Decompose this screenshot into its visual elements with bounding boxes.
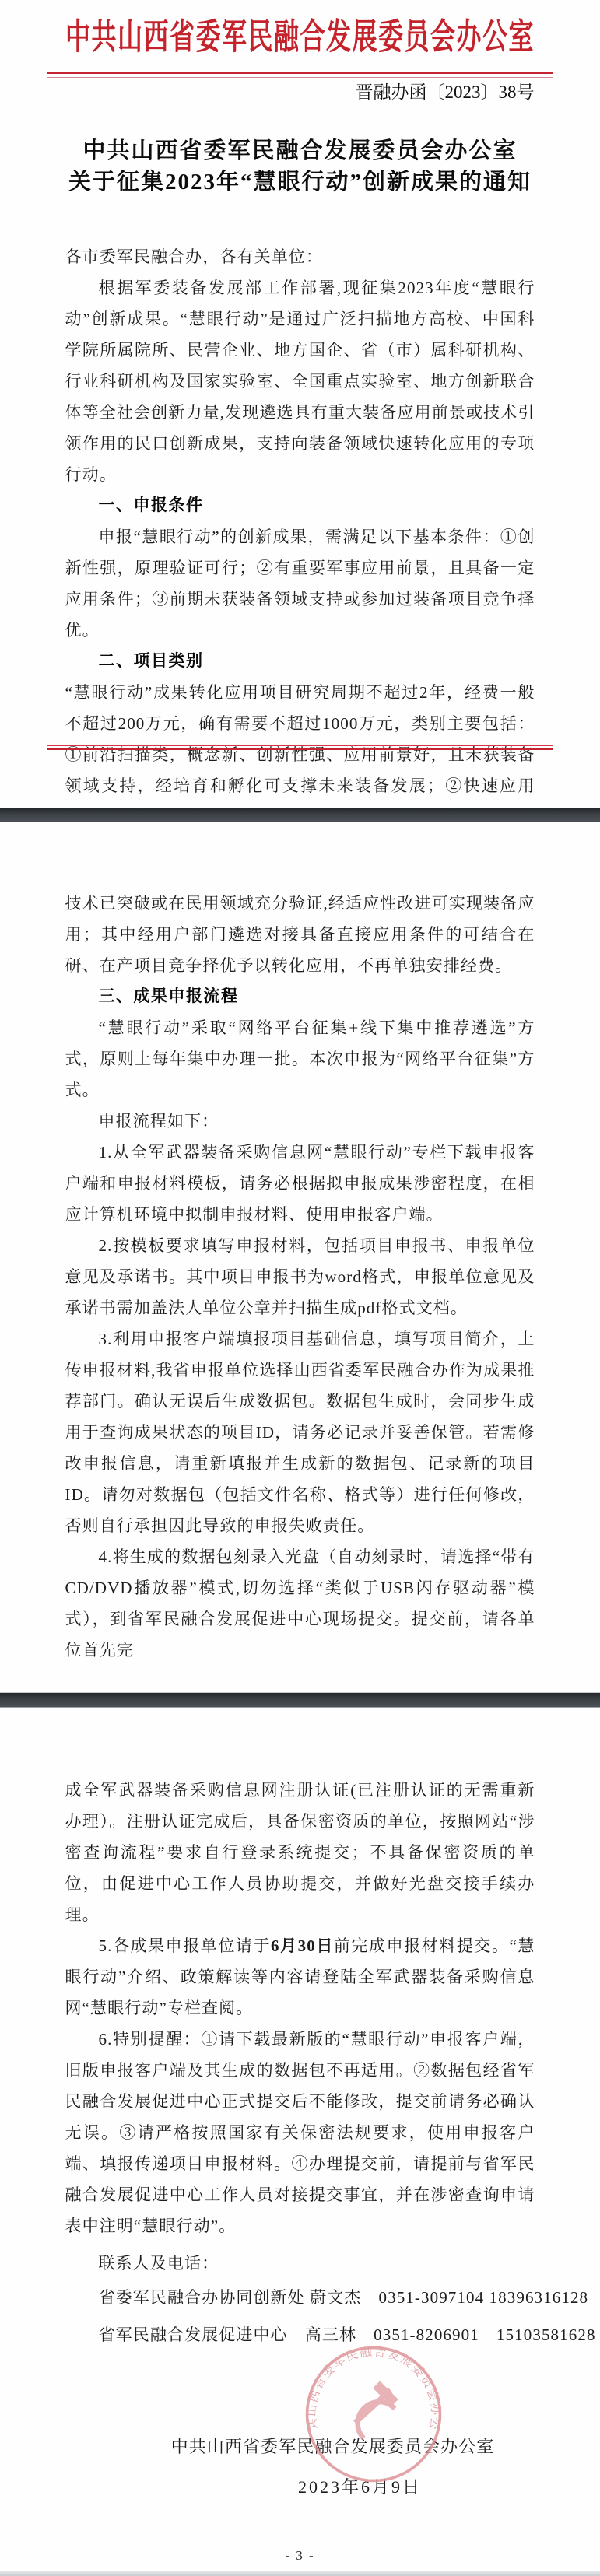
document-number: 晋融办函〔2023〕38号 xyxy=(47,82,553,103)
footer-divider-thick-line xyxy=(47,748,553,750)
paragraph-process-intro: 申报流程如下： xyxy=(65,1106,535,1137)
issuing-authority-signature: 中共山西省委军民融合发展委员会办公室 xyxy=(98,2431,568,2462)
page-3: 成全军武器装备采购信息网注册认证(已注册认证的无需重新办理）。注册认证完成后，具… xyxy=(0,1708,600,2571)
paragraph-step-4-part1: 4.将生成的数据包刻录入光盘（自动刻录时，请选择“带有CD/DVD播放器”模式,… xyxy=(65,1541,535,1666)
paragraph-categories-part1: “慧眼行动”成果转化应用项目研究周期不超过2年，经费一般不超过200万元，确有需… xyxy=(65,677,535,808)
heading-application-process: 三、成果申报流程 xyxy=(65,981,535,1012)
page1-body: 各市委军民融合办，各有关单位： 根据军委装备发展部工作部署,现征集2023年度“… xyxy=(65,241,535,808)
document-title-line2: 关于征集2023年“慧眼行动”创新成果的通知 xyxy=(0,166,600,198)
paragraph-step-2: 2.按模板要求填写申报材料，包括项目申报书、申报单位意见及承诺书。其中项目申报书… xyxy=(65,1230,535,1323)
letterhead-divider-thin-line xyxy=(47,77,553,78)
page-2: 技术已突破或在民用领域充分验证,经适应性改进可实现装备应用；其中经用户部门遴选对… xyxy=(0,822,600,1692)
page-1: 中共山西省委军民融合发展委员会办公室 晋融办函〔2023〕38号 中共山西省委军… xyxy=(0,0,600,808)
paragraph-step-5: 5.各成果申报单位请于6月30日前完成申报材料提交。“慧眼行动”介绍、政策解读等… xyxy=(65,1930,535,2024)
scanned-official-document: 中共山西省委军民融合发展委员会办公室 晋融办函〔2023〕38号 中共山西省委军… xyxy=(0,0,600,2576)
paragraph-intro: 根据军委装备发展部工作部署,现征集2023年度“慧眼行动”创新成果。“慧眼行动”… xyxy=(65,272,535,490)
contact-line-1: 省委军民融合办协同创新处 蔚文杰 0351-3097104 1839631612… xyxy=(65,2279,535,2316)
page-separator-1 xyxy=(0,808,600,822)
document-title-line1: 中共山西省委军民融合发展委员会办公室 xyxy=(0,135,600,166)
scan-bottom-edge xyxy=(0,2571,600,2576)
page3-page-number: - 3 - xyxy=(65,2548,535,2564)
letterhead-divider xyxy=(47,72,553,78)
step-5-prefix: 5.各成果申报单位请于 xyxy=(99,1936,271,1955)
heading-application-conditions: 一、申报条件 xyxy=(65,490,535,521)
heading-project-categories: 二、项目类别 xyxy=(65,646,535,677)
paragraph-step-4-part2: 成全军武器装备采购信息网注册认证(已注册认证的无需重新办理）。注册认证完成后，具… xyxy=(65,1775,535,1930)
paragraph-method: “慧眼行动”采取“网络平台征集+线下集中推荐遴选”方式，原则上每年集中办理一批。… xyxy=(65,1012,535,1106)
document-title: 中共山西省委军民融合发展委员会办公室 关于征集2023年“慧眼行动”创新成果的通… xyxy=(0,135,600,198)
paragraph-step-3: 3.利用申报客户端填报项目基础信息，填写项目简介，上传申报材料,我省申报单位选择… xyxy=(65,1323,535,1541)
step-5-deadline: 6月30日 xyxy=(271,1936,334,1955)
paragraph-conditions: 申报“慧眼行动”的创新成果，需满足以下基本条件：①创新性强，原理验证可行；②有重… xyxy=(65,521,535,646)
paragraph-categories-part2: 技术已突破或在民用领域充分验证,经适应性改进可实现装备应用；其中经用户部门遴选对… xyxy=(65,888,535,981)
footer-divider-thin-line xyxy=(47,745,553,746)
salutation: 各市委军民融合办，各有关单位： xyxy=(65,241,535,272)
contact-line-2: 省军民融合发展促进中心 高三林 0351-8206901 15103581628 xyxy=(65,2316,535,2353)
letterhead-divider-thick-line xyxy=(47,72,553,74)
issue-date: 2023年6月9日 xyxy=(125,2472,595,2503)
page3-body: 成全军武器装备采购信息网注册认证(已注册认证的无需重新办理）。注册认证完成后，具… xyxy=(65,1708,535,2564)
paragraph-step-1: 1.从全军武器装备采购信息网“慧眼行动”专栏下载申报客户端和申报材料模板，请务必… xyxy=(65,1137,535,1230)
page2-body: 技术已突破或在民用领域充分验证,经适应性改进可实现装备应用；其中经用户部门遴选对… xyxy=(65,822,535,1666)
contact-label: 联系人及电话： xyxy=(65,2248,535,2279)
letterhead-title: 中共山西省委军民融合发展委员会办公室 xyxy=(0,2,600,71)
page1-footer-divider xyxy=(47,745,553,750)
page-separator-2 xyxy=(0,1692,600,1708)
paragraph-step-6: 6.特别提醒：①请下载最新版的“慧眼行动”申报客户端，旧版申报客户端及其生成的数… xyxy=(65,2024,535,2241)
